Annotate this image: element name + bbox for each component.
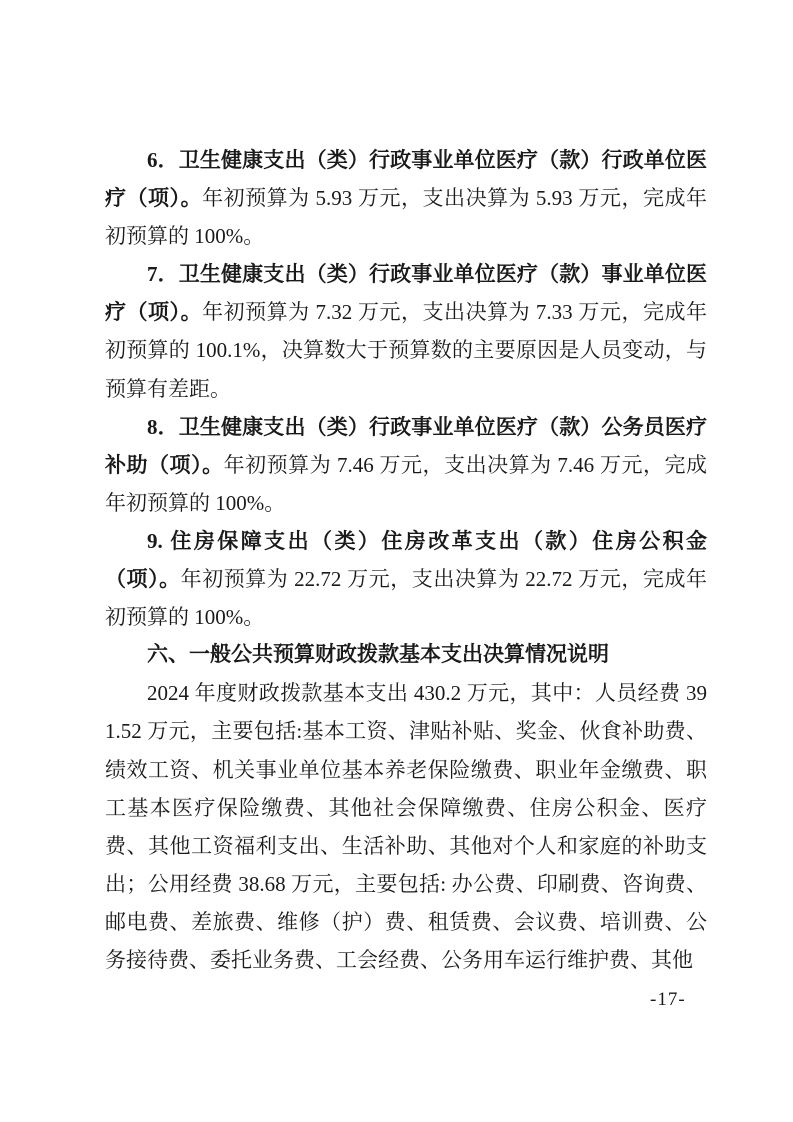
budget-item-9-detail: 年初预算为 22.72 万元，支出决算为 22.72 万元，完成年初预算的 10…	[105, 567, 707, 629]
budget-item-6: 6．卫生健康支出（类）行政事业单位医疗（款）行政单位医疗（项）。年初预算为 5.…	[105, 141, 707, 255]
basic-expenditure-paragraph: 2024 年度财政拨款基本支出 430.2 万元，其中：人员经费 391.52 …	[105, 674, 707, 979]
section-heading: 六、一般公共预算财政拨款基本支出决算情况说明	[105, 636, 707, 674]
budget-item-8: 8．卫生健康支出（类）行政事业单位医疗（款）公务员医疗补助（项）。年初预算为 7…	[105, 408, 707, 522]
page-number: -17-	[650, 989, 686, 1011]
document-page: 6．卫生健康支出（类）行政事业单位医疗（款）行政单位医疗（项）。年初预算为 5.…	[0, 0, 793, 1122]
budget-item-9: 9. 住房保障支出（类）住房改革支出（款）住房公积金（项）。年初预算为 22.7…	[105, 522, 707, 636]
budget-item-7: 7．卫生健康支出（类）行政事业单位医疗（款）事业单位医疗（项）。年初预算为 7.…	[105, 255, 707, 407]
document-body: 6．卫生健康支出（类）行政事业单位医疗（款）行政单位医疗（项）。年初预算为 5.…	[105, 141, 707, 979]
